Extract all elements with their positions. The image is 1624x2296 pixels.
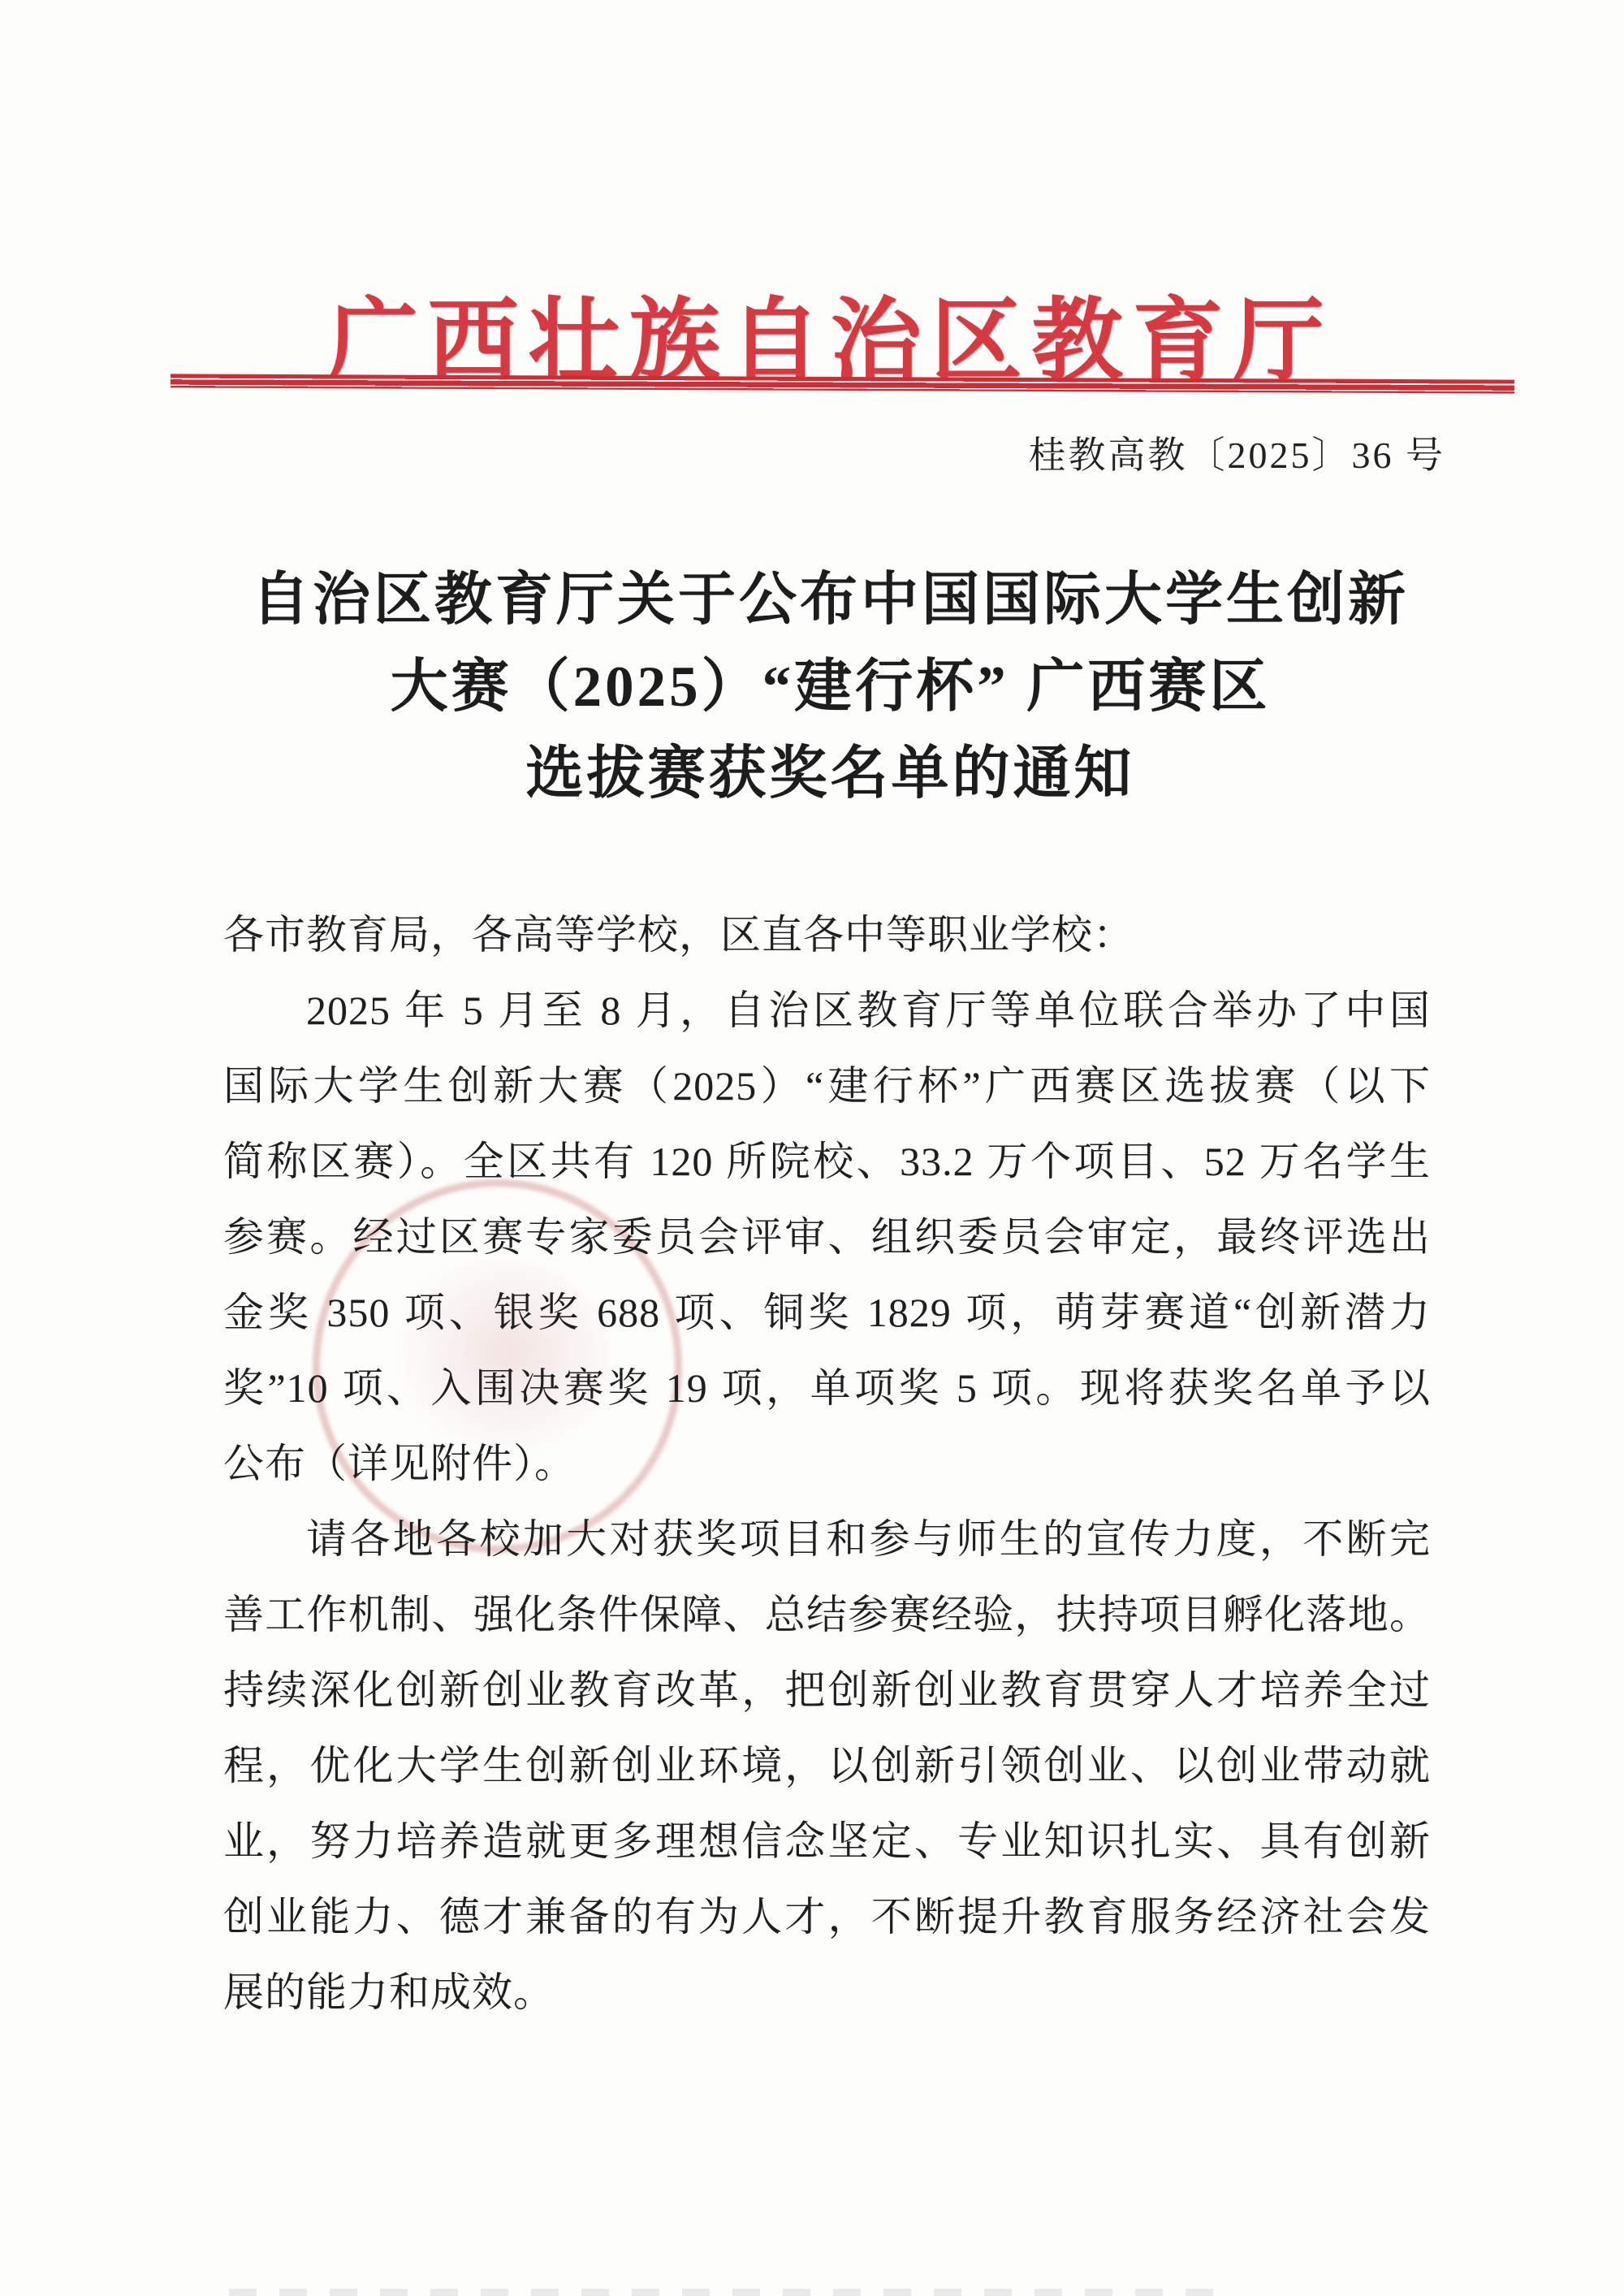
body-line: 公布（详见附件）。	[223, 1426, 1431, 1502]
next-page-text-cutoff	[229, 2289, 1216, 2296]
body-line: 2025 年 5 月至 8 月，自治区教育厅等单位联合举办了中国	[223, 973, 1431, 1049]
body-line: 简称区赛）。全区共有 120 所院校、33.2 万个项目、52 万名学生	[223, 1124, 1431, 1200]
body-line: 程，优化大学生创新创业环境，以创新引领创业、以创业带动就	[223, 1728, 1431, 1804]
title-line-2: 大赛（2025）“建行杯” 广西赛区	[37, 644, 1624, 731]
body-line: 金奖 350 项、银奖 688 项、铜奖 1829 项，萌芽赛道“创新潜力	[223, 1275, 1431, 1351]
title-line-1: 自治区教育厅关于公布中国国际大学生创新	[37, 557, 1624, 644]
body-line: 国际大学生创新大赛（2025）“建行杯”广西赛区选拔赛（以下	[223, 1049, 1431, 1124]
body-line: 参赛。经过区赛专家委员会评审、组织委员会审定，最终评选出	[223, 1200, 1431, 1275]
body-line: 善工作机制、强化条件保障、总结参赛经验，扶持项目孵化落地。	[223, 1577, 1431, 1653]
body-line: 持续深化创新创业教育改革，把创新创业教育贯穿人才培养全过	[223, 1653, 1431, 1728]
body-line: 展的能力和成效。	[223, 1955, 1431, 2030]
document-title: 自治区教育厅关于公布中国国际大学生创新 大赛（2025）“建行杯” 广西赛区 选…	[0, 557, 1624, 818]
title-line-3: 选拔赛获奖名单的通知	[37, 731, 1624, 818]
salutation: 各市教育局，各高等学校，区直各中等职业学校：	[223, 897, 1431, 973]
document-body: 各市教育局，各高等学校，区直各中等职业学校： 2025 年 5 月至 8 月，自…	[223, 897, 1431, 2030]
body-line: 请各地各校加大对获奖项目和参与师生的宣传力度，不断完	[223, 1502, 1431, 1577]
body-line: 创业能力、德才兼备的有为人才，不断提升教育服务经济社会发	[223, 1879, 1431, 1955]
body-line: 奖”10 项、入围决赛奖 19 项，单项奖 5 项。现将获奖名单予以	[223, 1351, 1431, 1426]
document-page: 广西壮族自治区教育厅 桂教高教〔2025〕36 号 自治区教育厅关于公布中国国际…	[0, 0, 1624, 2296]
body-line: 业，努力培养造就更多理想信念坚定、专业知识扎实、具有创新	[223, 1804, 1431, 1879]
doc-number: 桂教高教〔2025〕36 号	[0, 426, 1624, 479]
